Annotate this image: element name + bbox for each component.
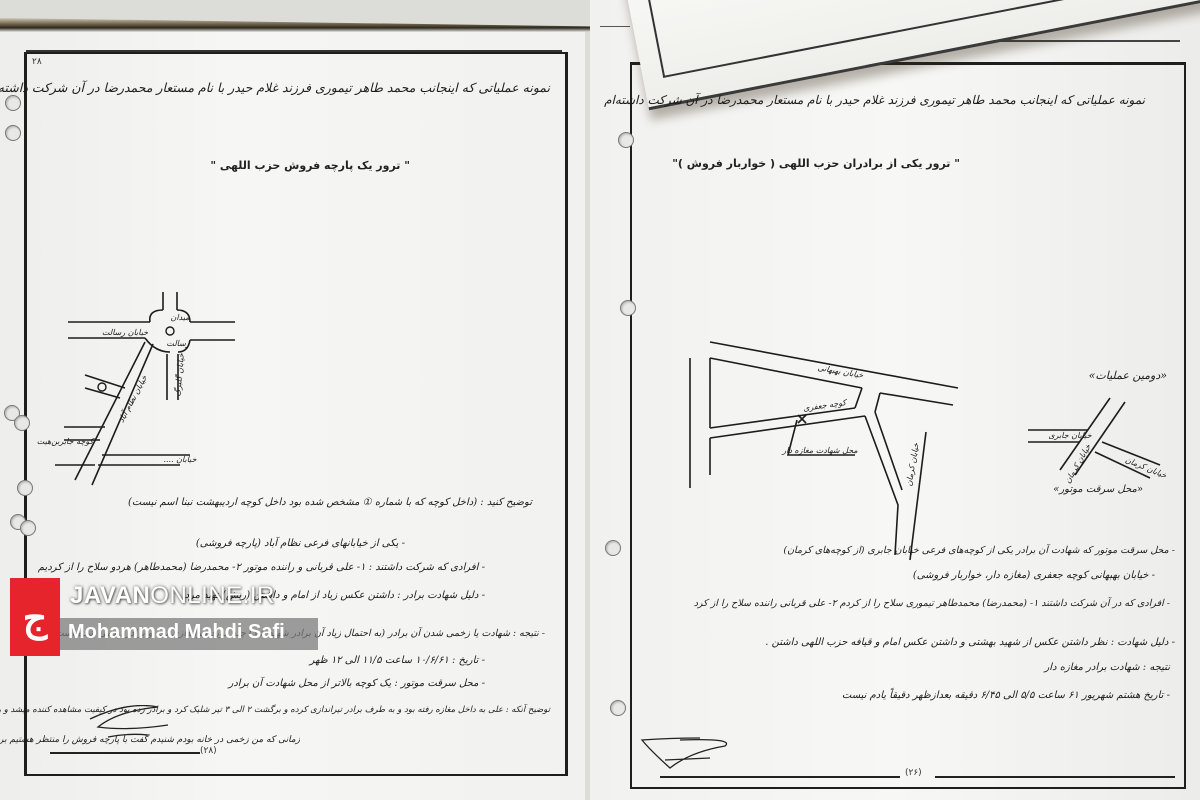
punch-hole [610, 700, 626, 716]
watermark-site-bold: JAVAN [70, 582, 150, 609]
punch-hole [14, 415, 30, 431]
right-line-5: نتیجه : شهادت برادر مغازه دار [1044, 662, 1170, 673]
svg-text:خیابان رسالت: خیابان رسالت [102, 328, 148, 337]
punch-hole [5, 125, 21, 141]
left-line-7: توضیح آنکه : علی به داخل مغازه رفته بود … [0, 705, 550, 715]
svg-text:میدان: میدان [171, 313, 191, 322]
left-line-1: - یکی از خیابانهای فرعی نظام آباد (پارچه… [196, 538, 405, 549]
watermark-site: JAVANONLINE.IR [70, 582, 275, 610]
left-line-5: - تاریخ : ۱۰/۶/۶۱ ساعت ۱۱/۵ الی ۱۲ ظهر [310, 655, 485, 666]
svg-text:خیابان کرمان: خیابان کرمان [1063, 443, 1093, 485]
punch-hole [605, 540, 621, 556]
right-subtitle: " ترور یکی از برادران حزب اللهی ( خواربا… [672, 157, 960, 170]
second-op-title: «دومین عملیات» [1089, 369, 1167, 382]
left-line-2: - افرادی که شرکت داشتند : ۱- علی قربانی … [38, 562, 485, 573]
left-line-6: - محل سرقت موتور : یک کوچه بالاتر از محل… [229, 678, 486, 689]
right-line-6: - تاریخ هشتم شهریور ۶۱ ساعت ۵/۵ الی ۶/۴۵… [842, 690, 1170, 701]
right-line-2: - خیابان بهبهانی کوچه جعفری (مغازه دار، … [913, 570, 1155, 581]
svg-text:کوچه جابربن‌هیت: کوچه جابربن‌هیت [37, 437, 96, 446]
punch-hole [20, 520, 36, 536]
right-footer-page-number: (۲۶) [905, 768, 922, 778]
punch-hole [5, 95, 21, 111]
svg-text:خیابان نظام آباد: خیابان نظام آباد [116, 373, 149, 424]
svg-text:خیابان کرمان: خیابان کرمان [904, 442, 920, 487]
punch-hole [17, 480, 33, 496]
svg-text:خیابان جابری: خیابان جابری [1048, 431, 1091, 440]
left-street-map: میدان رسالت خیابان رسالت خیابان نظام آبا… [30, 280, 290, 490]
left-top-rule [26, 50, 562, 52]
punch-hole [618, 132, 634, 148]
right-page-tab-rule [600, 26, 630, 27]
left-footer-page-number: (۲۸) [200, 746, 217, 756]
left-corner-page-number: ۲۸ [32, 57, 42, 67]
svg-text:رسالت: رسالت [166, 339, 189, 348]
watermark: ج JAVANONLINE.IR Mohammad Mahdi Safi [10, 578, 310, 656]
right-footer-rule-right [935, 776, 1175, 778]
svg-text:خیابان گلبرگ: خیابان گلبرگ [172, 353, 186, 397]
left-signature [88, 705, 178, 745]
right-signature [640, 730, 740, 775]
right-line-1: - محل سرقت موتور که شهادت آن برادر یکی ا… [783, 545, 1175, 556]
second-op-location: «محل سرقت موتور» [1053, 484, 1143, 495]
watermark-site-rest: ONLINE.IR [150, 582, 275, 609]
page-edge-shadow [0, 18, 590, 32]
svg-text:محل شهادت مغازه دار: محل شهادت مغازه دار [781, 446, 858, 455]
right-line-4: - دلیل شهادت : نظر داشتن عکس از شهید بهش… [765, 637, 1175, 648]
left-note: توضیح کنید : (داخل کوچه که با شماره ① مش… [128, 497, 532, 508]
svg-text:خیابان ....: خیابان .... [163, 455, 196, 464]
right-street-map: خیابان بهبهانی کوچه جعفری محل شهادت مغاز… [670, 330, 980, 560]
punch-hole [620, 300, 636, 316]
svg-text:کوچه جعفری: کوچه جعفری [803, 398, 849, 413]
left-footer-rule [50, 752, 200, 754]
left-subtitle: " ترور یک پارچه فروش حزب اللهی " [210, 159, 410, 172]
right-heading: نمونه عملیاتی که اینجانب محمد طاهر تیمور… [604, 93, 1145, 107]
javan-logo-icon: ج [10, 578, 60, 656]
right-line-3: - افرادی که در آن شرکت داشتند ۱- (محمدرض… [694, 598, 1170, 609]
right-footer-rule-left [660, 776, 900, 778]
watermark-author: Mohammad Mahdi Safi [68, 621, 285, 644]
left-heading: نمونه عملیاتی که اینجانب محمد طاهر تیمور… [0, 80, 550, 95]
